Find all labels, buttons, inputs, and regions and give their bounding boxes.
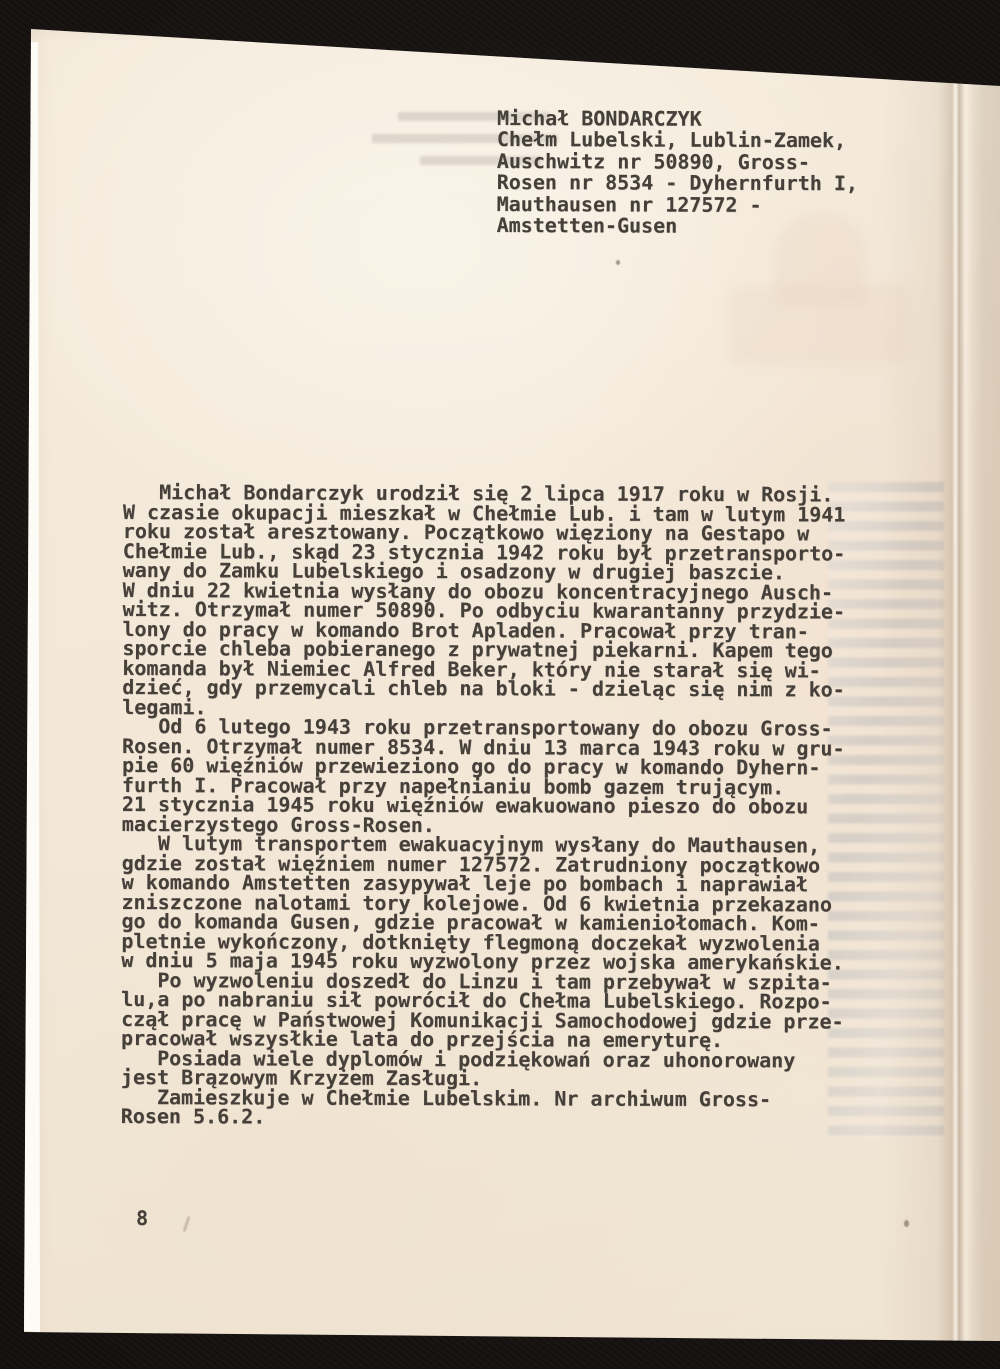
paragraph: Zamieszkuje w Chełmie Lubelskim. Nr arch…: [121, 1087, 844, 1129]
text-line: Amstetten-Gusen: [497, 215, 858, 238]
prisoner-header: Michał BONDARCZYKChełm Lubelski, Lublin-…: [497, 108, 859, 238]
book-page: Michał BONDARCZYKChełm Lubelski, Lublin-…: [0, 0, 1000, 1369]
text-line: dzieć, gdy przemycali chleb na bloki - d…: [122, 678, 845, 700]
page-number: 8: [136, 1208, 148, 1228]
paragraph: W lutym transportem ewakuacyjnym wysłany…: [121, 834, 844, 973]
biography-text: Michał Bondarczyk urodził się 2 lipca 19…: [121, 483, 846, 1129]
paragraph: Od 6 lutego 1943 roku przetransportowany…: [122, 717, 845, 837]
paragraph: Po wyzwoleniu doszedł do Linzu i tam prz…: [121, 970, 844, 1051]
paragraph: Michał Bondarczyk urodził się 2 lipca 19…: [122, 483, 845, 720]
scanned-book-page: Michał BONDARCZYKChełm Lubelski, Lublin-…: [0, 0, 1000, 1369]
page-gutter-fold: [880, 0, 1000, 1369]
paragraph: Posiada wiele dyplomów i podziękowań ora…: [121, 1048, 844, 1090]
scan-speck: [616, 260, 620, 265]
scan-speck: [904, 1220, 909, 1227]
